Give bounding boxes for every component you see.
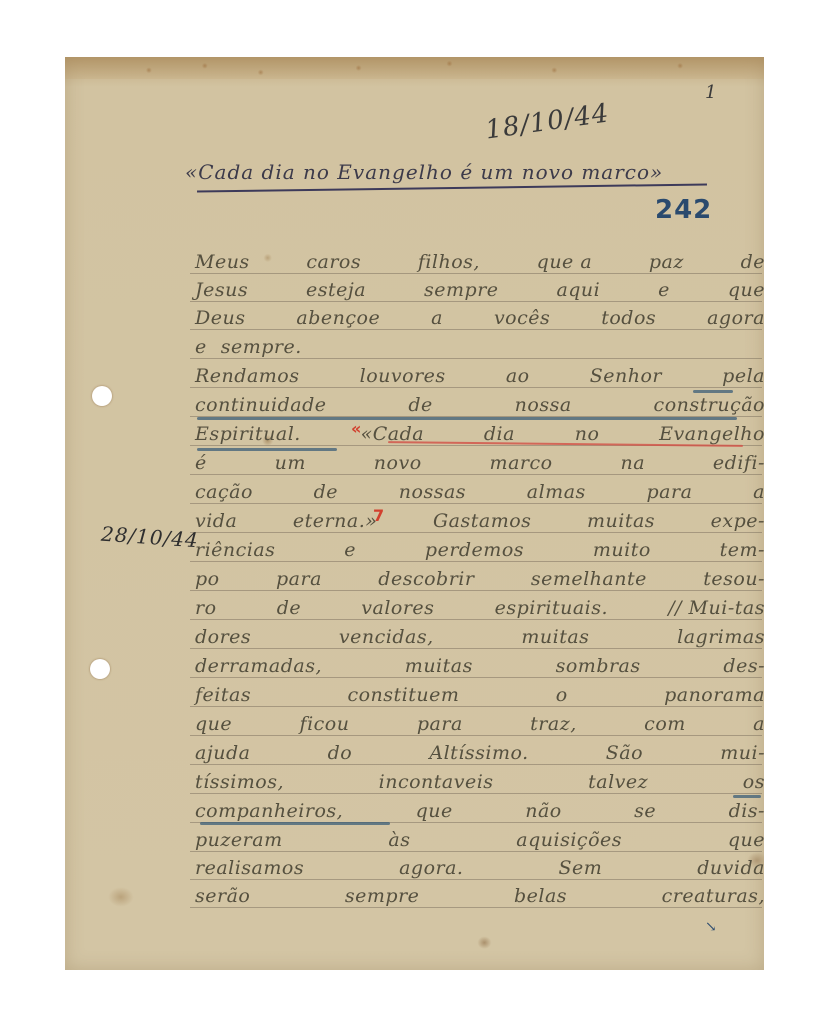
text-line: feitasconstituemopanorama [195,684,765,706]
text-line: Espiritual.«CadadianoEvangelho [195,423,765,445]
ruled-line [190,532,762,533]
ruled-line [190,590,762,591]
text-line: tíssimos,incontaveistalvezos [195,771,765,793]
text-line: derramadas,muitassombrasdes- [195,655,765,677]
text-line: Meuscarosfilhos,que apazde [195,251,765,273]
ruled-line [190,706,762,707]
blue-underline-mark [733,795,761,798]
ruled-line [190,329,762,330]
ruled-line [190,907,762,908]
text-line: doresvencidas,muitaslagrimas [195,626,765,648]
ruled-line [190,387,762,388]
manuscript-page: 1 18/10/44 «Cada dia no Evangelho é um n… [65,57,764,970]
text-line: RendamoslouvoresaoSenhorpela [195,365,765,387]
archive-number: 242 [655,195,712,225]
message-title: «Cada dia no Evangelho é um novo marco» [185,160,663,184]
text-line: rodevaloresespirituais.// Mui-tas [195,597,765,619]
ruled-line [190,474,762,475]
text-line: continuidadedenossaconstrução [195,394,765,416]
ruled-line [190,273,762,274]
ruled-line [190,358,762,359]
ruled-line [190,648,762,649]
ruled-line [190,677,762,678]
blue-underline-mark [197,448,337,451]
text-line: companheiros,quenãosedis- [195,800,765,822]
text-line: Deusabençoeavocêstodosagora [195,307,765,329]
text-line: puzeramàsaquisiçõesque [195,829,765,851]
text-line: poparadescobrirsemelhantetesou- [195,568,765,590]
text-line: queficouparatraz,coma [195,713,765,735]
ruled-line [190,851,762,852]
text-line: éumnovomarconaedifi- [195,452,765,474]
punch-hole [90,659,110,679]
blue-underline-mark [200,822,390,825]
ruled-line [190,619,762,620]
blue-underline-mark [197,417,737,420]
title-underline [197,183,707,192]
text-line: realisamosagora.Semduvida [195,857,765,879]
text-line: riênciaseperdemosmuitotem- [195,539,765,561]
ruled-line [190,793,762,794]
page-number: 1 [705,82,717,103]
text-line: vidaeterna.»Gastamosmuitasexpe- [195,510,765,532]
header-date: 18/10/44 [484,98,612,145]
ruled-line [190,301,762,302]
end-arrow-mark: ↘ [705,919,718,935]
ruled-line [190,879,762,880]
text-line: esempre. [195,336,765,358]
punch-hole [92,386,112,406]
margin-date: 28/10/44 [100,522,199,553]
page-top-stain [65,57,764,79]
ruled-line [190,735,762,736]
text-line: caçãodenossasalmasparaa [195,481,765,503]
ruled-line [190,561,762,562]
ruled-line [190,503,762,504]
text-line: serãosemprebelascreaturas, [195,885,765,907]
blue-underline-mark [693,390,733,393]
ruled-line [190,764,762,765]
text-line: ajudadoAltíssimo.Sãomui- [195,742,765,764]
text-line: Jesusestejasempreaquieque [195,279,765,301]
